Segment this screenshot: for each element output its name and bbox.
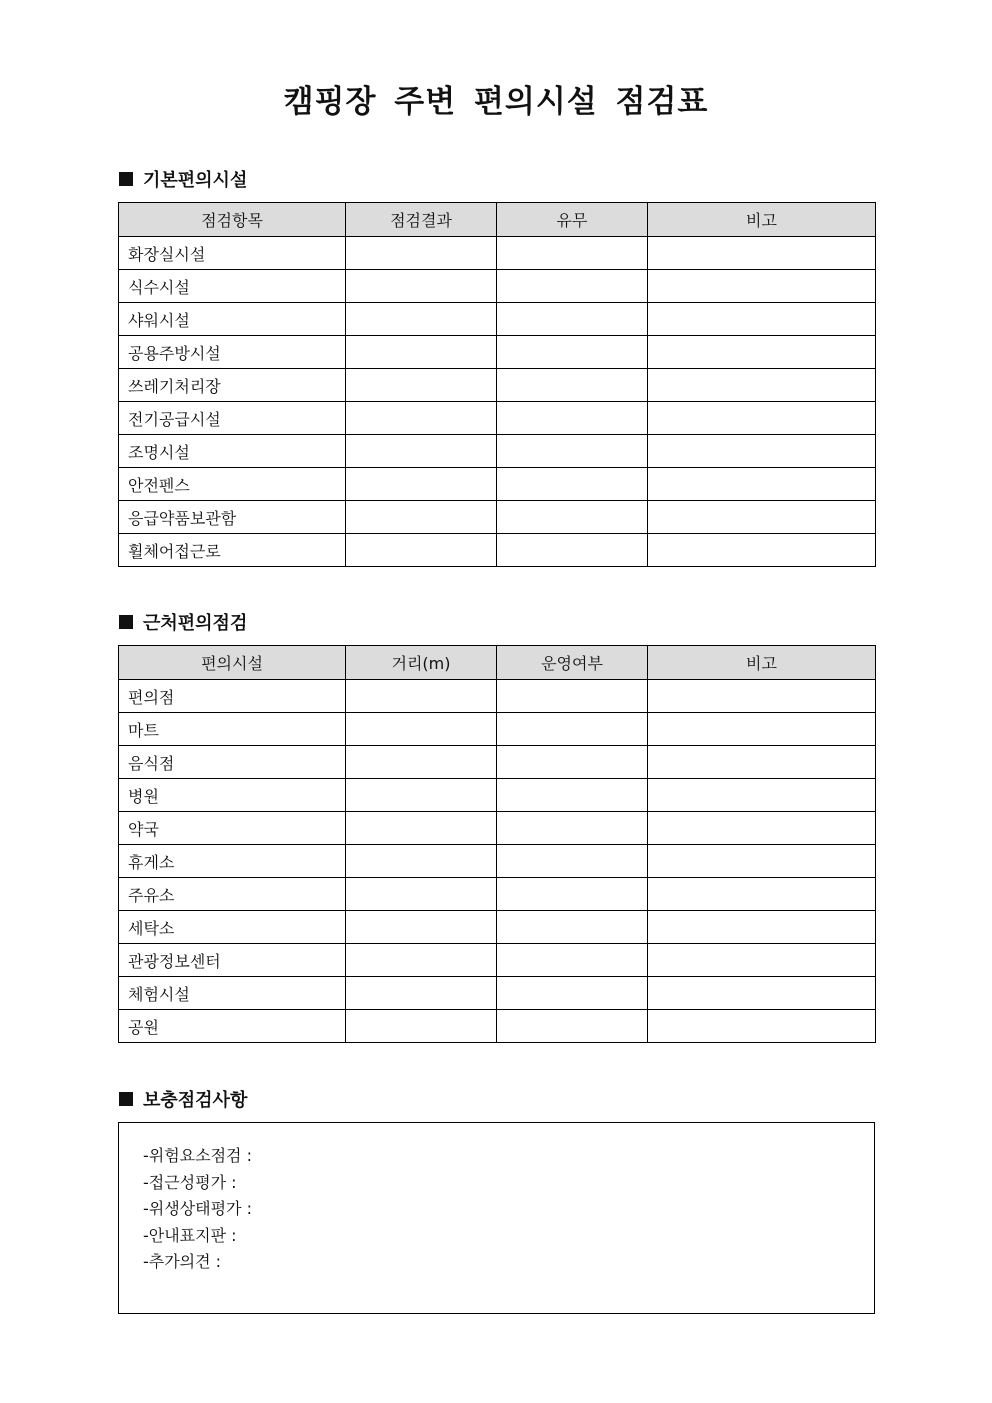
column-header: 거리(m) [346,646,497,680]
note-cell[interactable] [648,303,876,336]
operating-cell[interactable] [497,746,648,779]
presence-cell[interactable] [497,435,648,468]
column-header: 편의시설 [119,646,346,680]
result-cell[interactable] [346,435,497,468]
distance-cell[interactable] [346,845,497,878]
table-row: 체험시설 [119,977,876,1010]
distance-cell[interactable] [346,812,497,845]
presence-cell[interactable] [497,501,648,534]
note-cell[interactable] [648,911,876,944]
section-heading-basic: 기본편의시설 [119,166,247,192]
table-header-row: 편의시설 거리(m) 운영여부 비고 [119,646,876,680]
row-label: 식수시설 [119,270,346,303]
presence-cell[interactable] [497,468,648,501]
row-label: 공원 [119,1010,346,1043]
row-label: 음식점 [119,746,346,779]
distance-cell[interactable] [346,944,497,977]
row-label: 체험시설 [119,977,346,1010]
distance-cell[interactable] [346,977,497,1010]
result-cell[interactable] [346,303,497,336]
result-cell[interactable] [346,501,497,534]
column-header: 점검항목 [119,203,346,237]
note-cell[interactable] [648,680,876,713]
operating-cell[interactable] [497,911,648,944]
row-label: 화장실시설 [119,237,346,270]
table-row: 안전펜스 [119,468,876,501]
column-header: 비고 [648,646,876,680]
table-row: 식수시설 [119,270,876,303]
table-row: 조명시설 [119,435,876,468]
table-row: 쓰레기처리장 [119,369,876,402]
row-label: 안전펜스 [119,468,346,501]
note-cell[interactable] [648,468,876,501]
basic-facilities-table: 점검항목 점검결과 유무 비고 화장실시설식수시설샤워시설공용주방시설쓰레기처리… [118,202,876,567]
note-cell[interactable] [648,779,876,812]
operating-cell[interactable] [497,845,648,878]
note-cell[interactable] [648,1010,876,1043]
result-cell[interactable] [346,336,497,369]
presence-cell[interactable] [497,336,648,369]
section-heading-text: 근처편의점검 [143,609,247,635]
row-label: 주유소 [119,878,346,911]
supplementary-notes-box[interactable]: -위험요소점검 :-접근성평가 :-위생상태평가 :-안내표지판 :-추가의견 … [118,1122,875,1314]
table-row: 편의점 [119,680,876,713]
note-cell[interactable] [648,977,876,1010]
section-heading-supplementary: 보충점검사항 [119,1086,247,1112]
note-cell[interactable] [648,369,876,402]
note-line: -접근성평가 : [143,1170,874,1197]
operating-cell[interactable] [497,944,648,977]
presence-cell[interactable] [497,369,648,402]
section-heading-nearby: 근처편의점검 [119,609,247,635]
note-cell[interactable] [648,534,876,567]
distance-cell[interactable] [346,1010,497,1043]
column-header: 운영여부 [497,646,648,680]
distance-cell[interactable] [346,779,497,812]
note-line: -위생상태평가 : [143,1196,874,1223]
note-cell[interactable] [648,435,876,468]
result-cell[interactable] [346,369,497,402]
section-heading-text: 기본편의시설 [143,166,247,192]
distance-cell[interactable] [346,680,497,713]
table-row: 약국 [119,812,876,845]
presence-cell[interactable] [497,303,648,336]
note-cell[interactable] [648,402,876,435]
column-header: 유무 [497,203,648,237]
row-label: 약국 [119,812,346,845]
note-cell[interactable] [648,878,876,911]
table-row: 응급약품보관함 [119,501,876,534]
row-label: 세탁소 [119,911,346,944]
note-cell[interactable] [648,336,876,369]
note-cell[interactable] [648,237,876,270]
table-row: 음식점 [119,746,876,779]
table-row: 전기공급시설 [119,402,876,435]
document-title: 캠핑장 주변 편의시설 점검표 [0,76,992,121]
presence-cell[interactable] [497,270,648,303]
column-header: 점검결과 [346,203,497,237]
row-label: 조명시설 [119,435,346,468]
result-cell[interactable] [346,237,497,270]
table-row: 휴게소 [119,845,876,878]
nearby-facilities-table: 편의시설 거리(m) 운영여부 비고 편의점마트음식점병원약국휴게소주유소세탁소… [118,645,876,1043]
operating-cell[interactable] [497,812,648,845]
operating-cell[interactable] [497,680,648,713]
square-bullet-icon [119,615,133,629]
note-cell[interactable] [648,270,876,303]
row-label: 관광정보센터 [119,944,346,977]
distance-cell[interactable] [346,878,497,911]
row-label: 공용주방시설 [119,336,346,369]
notes-list: -위험요소점검 :-접근성평가 :-위생상태평가 :-안내표지판 :-추가의견 … [119,1123,874,1276]
square-bullet-icon [119,172,133,186]
result-cell[interactable] [346,270,497,303]
table-row: 병원 [119,779,876,812]
row-label: 샤워시설 [119,303,346,336]
presence-cell[interactable] [497,534,648,567]
row-label: 쓰레기처리장 [119,369,346,402]
result-cell[interactable] [346,534,497,567]
operating-cell[interactable] [497,713,648,746]
table-row: 주유소 [119,878,876,911]
presence-cell[interactable] [497,237,648,270]
operating-cell[interactable] [497,1010,648,1043]
row-label: 응급약품보관함 [119,501,346,534]
operating-cell[interactable] [497,977,648,1010]
operating-cell[interactable] [497,878,648,911]
square-bullet-icon [119,1092,133,1106]
note-cell[interactable] [648,845,876,878]
row-label: 병원 [119,779,346,812]
table-row: 공용주방시설 [119,336,876,369]
row-label: 마트 [119,713,346,746]
column-header: 비고 [648,203,876,237]
result-cell[interactable] [346,468,497,501]
table-row: 샤워시설 [119,303,876,336]
note-cell[interactable] [648,713,876,746]
table-row: 관광정보센터 [119,944,876,977]
note-cell[interactable] [648,944,876,977]
distance-cell[interactable] [346,746,497,779]
section-heading-text: 보충점검사항 [143,1086,247,1112]
note-cell[interactable] [648,812,876,845]
operating-cell[interactable] [497,779,648,812]
row-label: 편의점 [119,680,346,713]
row-label: 휠체어접근로 [119,534,346,567]
result-cell[interactable] [346,402,497,435]
distance-cell[interactable] [346,713,497,746]
table-row: 세탁소 [119,911,876,944]
table-header-row: 점검항목 점검결과 유무 비고 [119,203,876,237]
table-row: 마트 [119,713,876,746]
row-label: 전기공급시설 [119,402,346,435]
note-line: -안내표지판 : [143,1223,874,1250]
note-line: -추가의견 : [143,1249,874,1276]
row-label: 휴게소 [119,845,346,878]
note-cell[interactable] [648,501,876,534]
table-row: 화장실시설 [119,237,876,270]
note-cell[interactable] [648,746,876,779]
distance-cell[interactable] [346,911,497,944]
note-line: -위험요소점검 : [143,1143,874,1170]
table-row: 공원 [119,1010,876,1043]
presence-cell[interactable] [497,402,648,435]
table-row: 휠체어접근로 [119,534,876,567]
